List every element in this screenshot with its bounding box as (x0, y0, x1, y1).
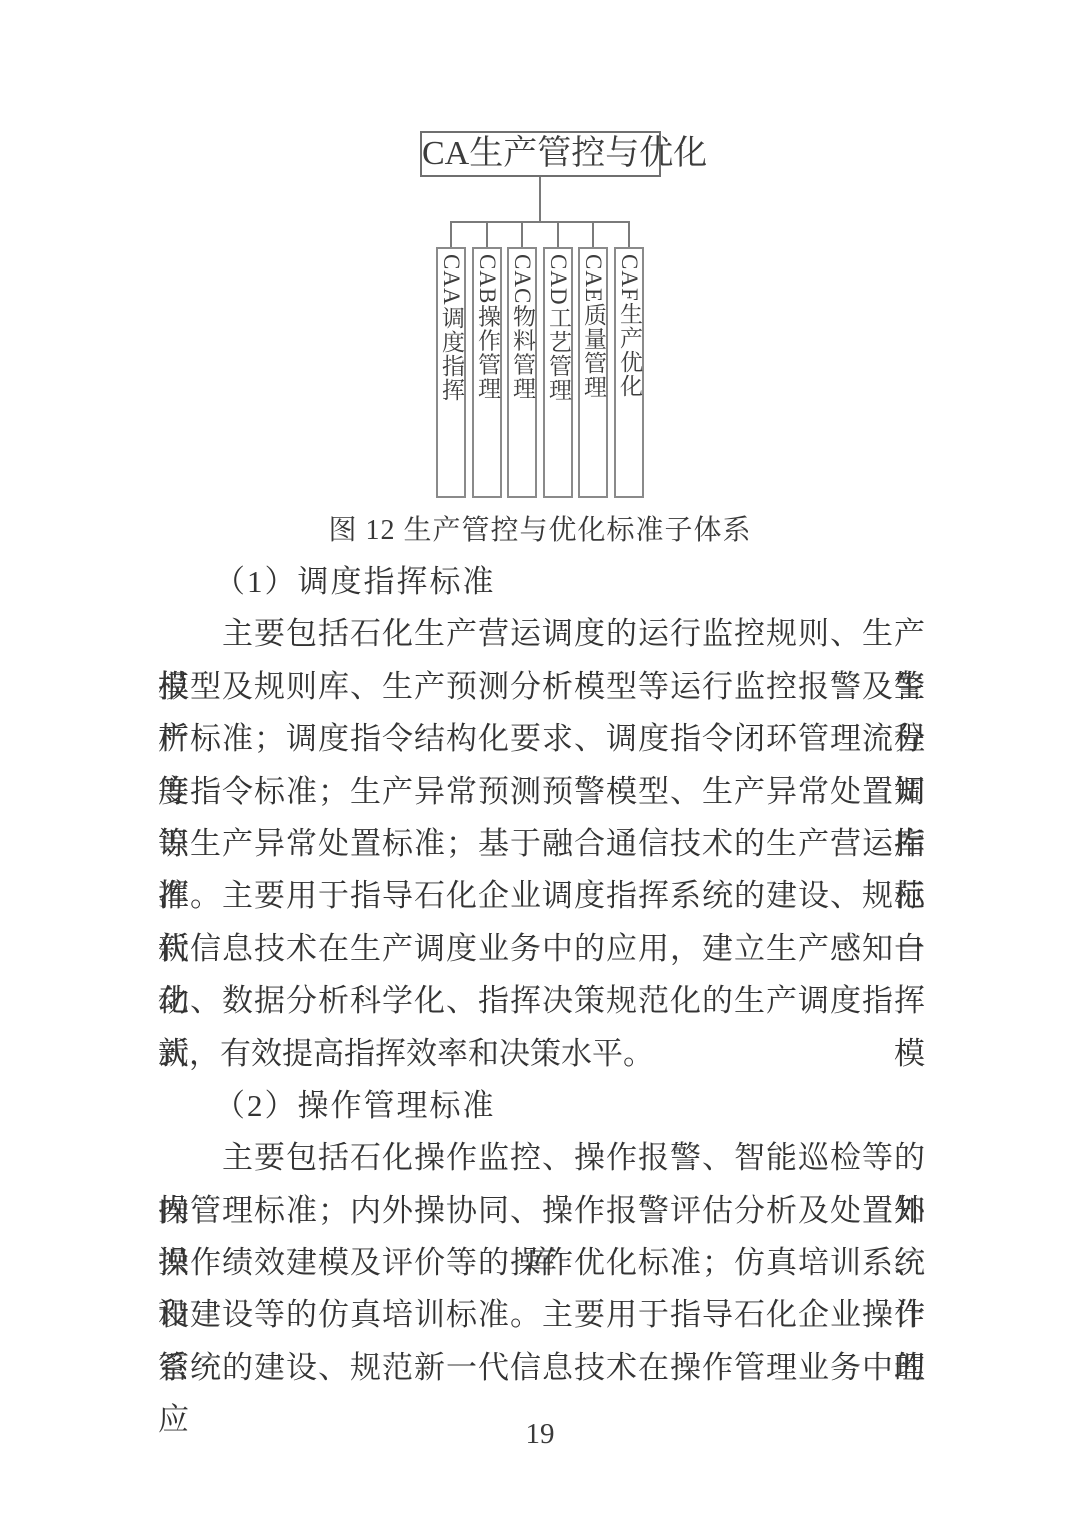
child-code: CAC (510, 254, 535, 304)
body-line: 操作绩效建模及评价等的操作优化标准；仿真培训系统设计 (158, 1237, 925, 1289)
section-heading-1: （1）调度指挥标准 (158, 556, 925, 608)
child-label: 调度指挥 (439, 306, 464, 402)
body-line: 准。主要用于指导石化企业调度指挥系统的建设、规范新一 (158, 870, 925, 922)
diagram-child-box-caf: CAF生产优化 (614, 247, 644, 498)
diagram-child-box-cab: CAB操作管理 (472, 247, 502, 498)
page-number: 19 (0, 1418, 1080, 1451)
diagram-child-box-cae: CAE质量管理 (578, 247, 608, 498)
body-line: 主要包括石化操作监控、操作报警、智能巡检等的内外 (158, 1132, 925, 1184)
child-label: 操作管理 (475, 304, 500, 400)
body-line: 主要包括石化生产营运调度的运行监控规则、生产报警 (158, 608, 925, 660)
diagram-root-box: CA生产管控与优化 (420, 131, 661, 177)
body-line: 化、数据分析科学化、指挥决策规范化的生产调度指挥新模 (158, 975, 925, 1027)
diagram-child-box-cad: CAD工艺管理 (543, 247, 573, 498)
document-page: CA生产管控与优化 CAA调度指挥 CAB操作管理 CAC物料管理 CAD工艺管… (0, 0, 1080, 1527)
figure-caption: 图 12 生产管控与优化标准子体系 (0, 508, 1080, 548)
child-label: 生产优化 (617, 302, 642, 398)
connector-drop (486, 223, 488, 248)
connector-drop (557, 223, 559, 248)
body-line: 析标准；调度指令结构化要求、调度指令闭环管理流程等调 (158, 713, 925, 765)
section-heading-2: （2）操作管理标准 (158, 1080, 925, 1132)
child-code: CAE (581, 254, 606, 303)
hierarchy-diagram: CA生产管控与优化 CAA调度指挥 CAB操作管理 CAC物料管理 CAD工艺管… (0, 0, 1080, 560)
child-label: 工艺管理 (546, 306, 571, 402)
child-code: CAD (546, 254, 571, 306)
child-label: 物料管理 (510, 304, 535, 400)
diagram-child-box-cac: CAC物料管理 (507, 247, 537, 498)
connector-drop (521, 223, 523, 248)
body-line: 模型及规则库、生产预测分析模型等运行监控报警及生产分 (158, 661, 925, 713)
body-line: 系统的建设、规范新一代信息技术在操作管理业务中的应 (158, 1342, 925, 1394)
connector-stem (539, 177, 541, 222)
connector-rail (450, 221, 630, 223)
body-line: 代信息技术在生产调度业务中的应用，建立生产感知自动 (158, 923, 925, 975)
body-text: （1）调度指挥标准 主要包括石化生产营运调度的运行监控规则、生产报警 模型及规则… (158, 556, 925, 1394)
body-line: 度指令标准；生产异常预测预警模型、生产异常处置知识库 (158, 766, 925, 818)
child-code: CAA (439, 254, 464, 306)
connector-drop (628, 223, 630, 248)
connector-drop (592, 223, 594, 248)
child-code: CAF (617, 254, 642, 302)
body-line: 等生产异常处置标准；基于融合通信技术的生产营运指挥标 (158, 818, 925, 870)
connector-drop (450, 223, 452, 248)
diagram-child-box-caa: CAA调度指挥 (436, 247, 466, 498)
body-line: 操管理标准；内外操协同、操作报警评估分析及处置知识库、 (158, 1185, 925, 1237)
child-code: CAB (475, 254, 500, 304)
body-line: 和建设等的仿真培训标准。主要用于指导石化企业操作管理 (158, 1289, 925, 1341)
child-label: 质量管理 (581, 303, 606, 399)
